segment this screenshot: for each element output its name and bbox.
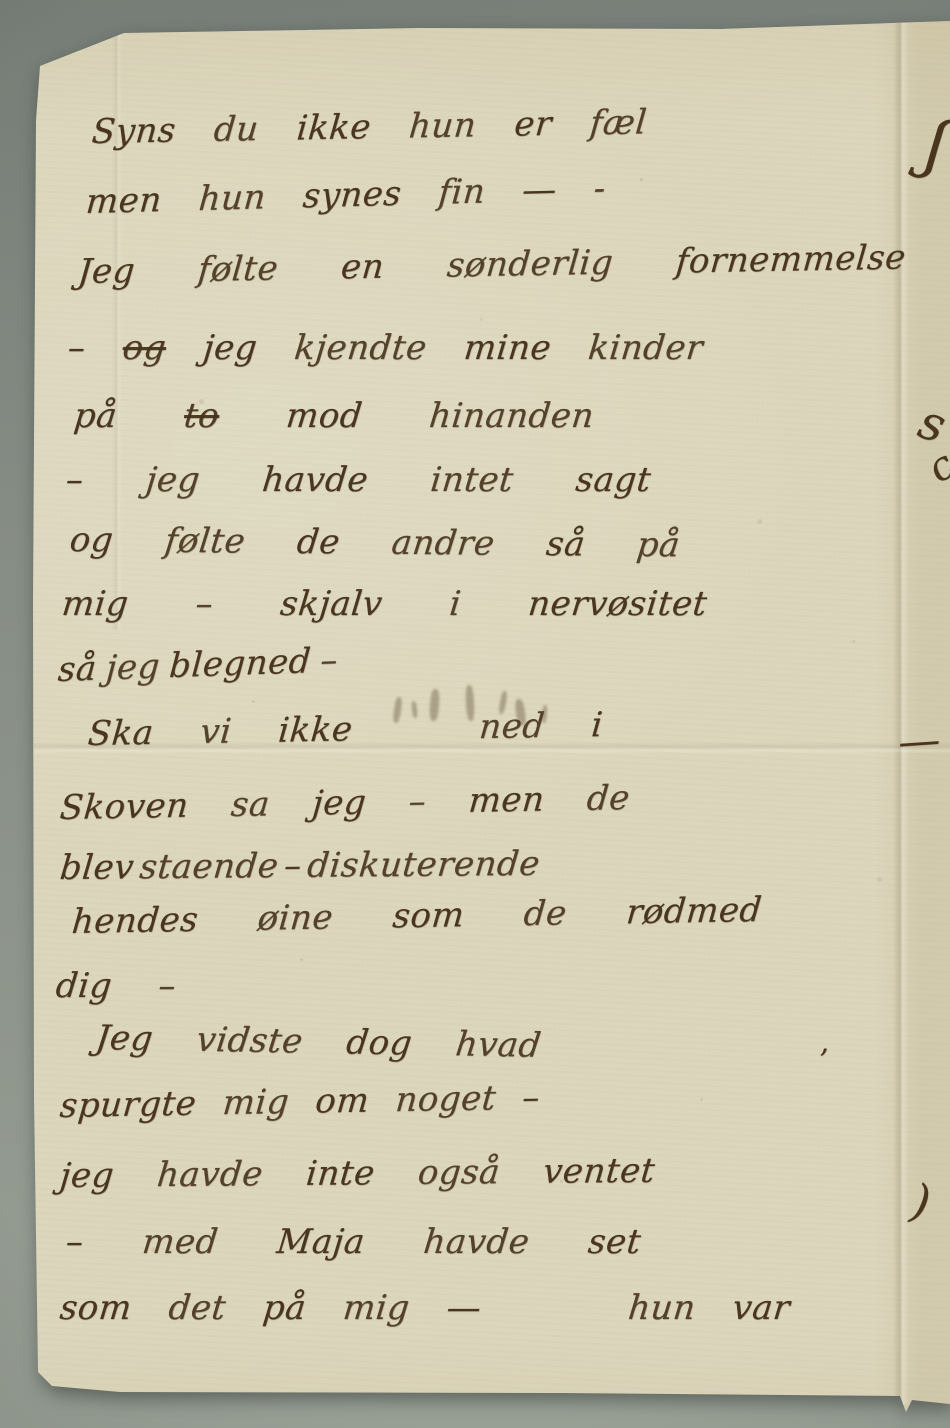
scanned-photo: { "document": { "kind": "handwritten man… bbox=[0, 0, 950, 1428]
stray-ink-layer: ʃsc—)ʼ bbox=[0, 0, 950, 1428]
manuscript-page: Synsduikkehunerfælmenhunsynesfin—-Jegføl… bbox=[0, 0, 950, 1428]
stray-ink-fragment: ) bbox=[907, 1173, 934, 1229]
stray-ink-fragment: ʼ bbox=[818, 1044, 828, 1079]
stray-ink-fragment: ʃ bbox=[919, 105, 950, 184]
paper-shadow-wrapper: Synsduikkehunerfælmenhunsynesfin—-Jegføl… bbox=[0, 0, 950, 1428]
stray-ink-fragment: — bbox=[896, 715, 941, 767]
foxing-spots bbox=[0, 0, 3, 3]
